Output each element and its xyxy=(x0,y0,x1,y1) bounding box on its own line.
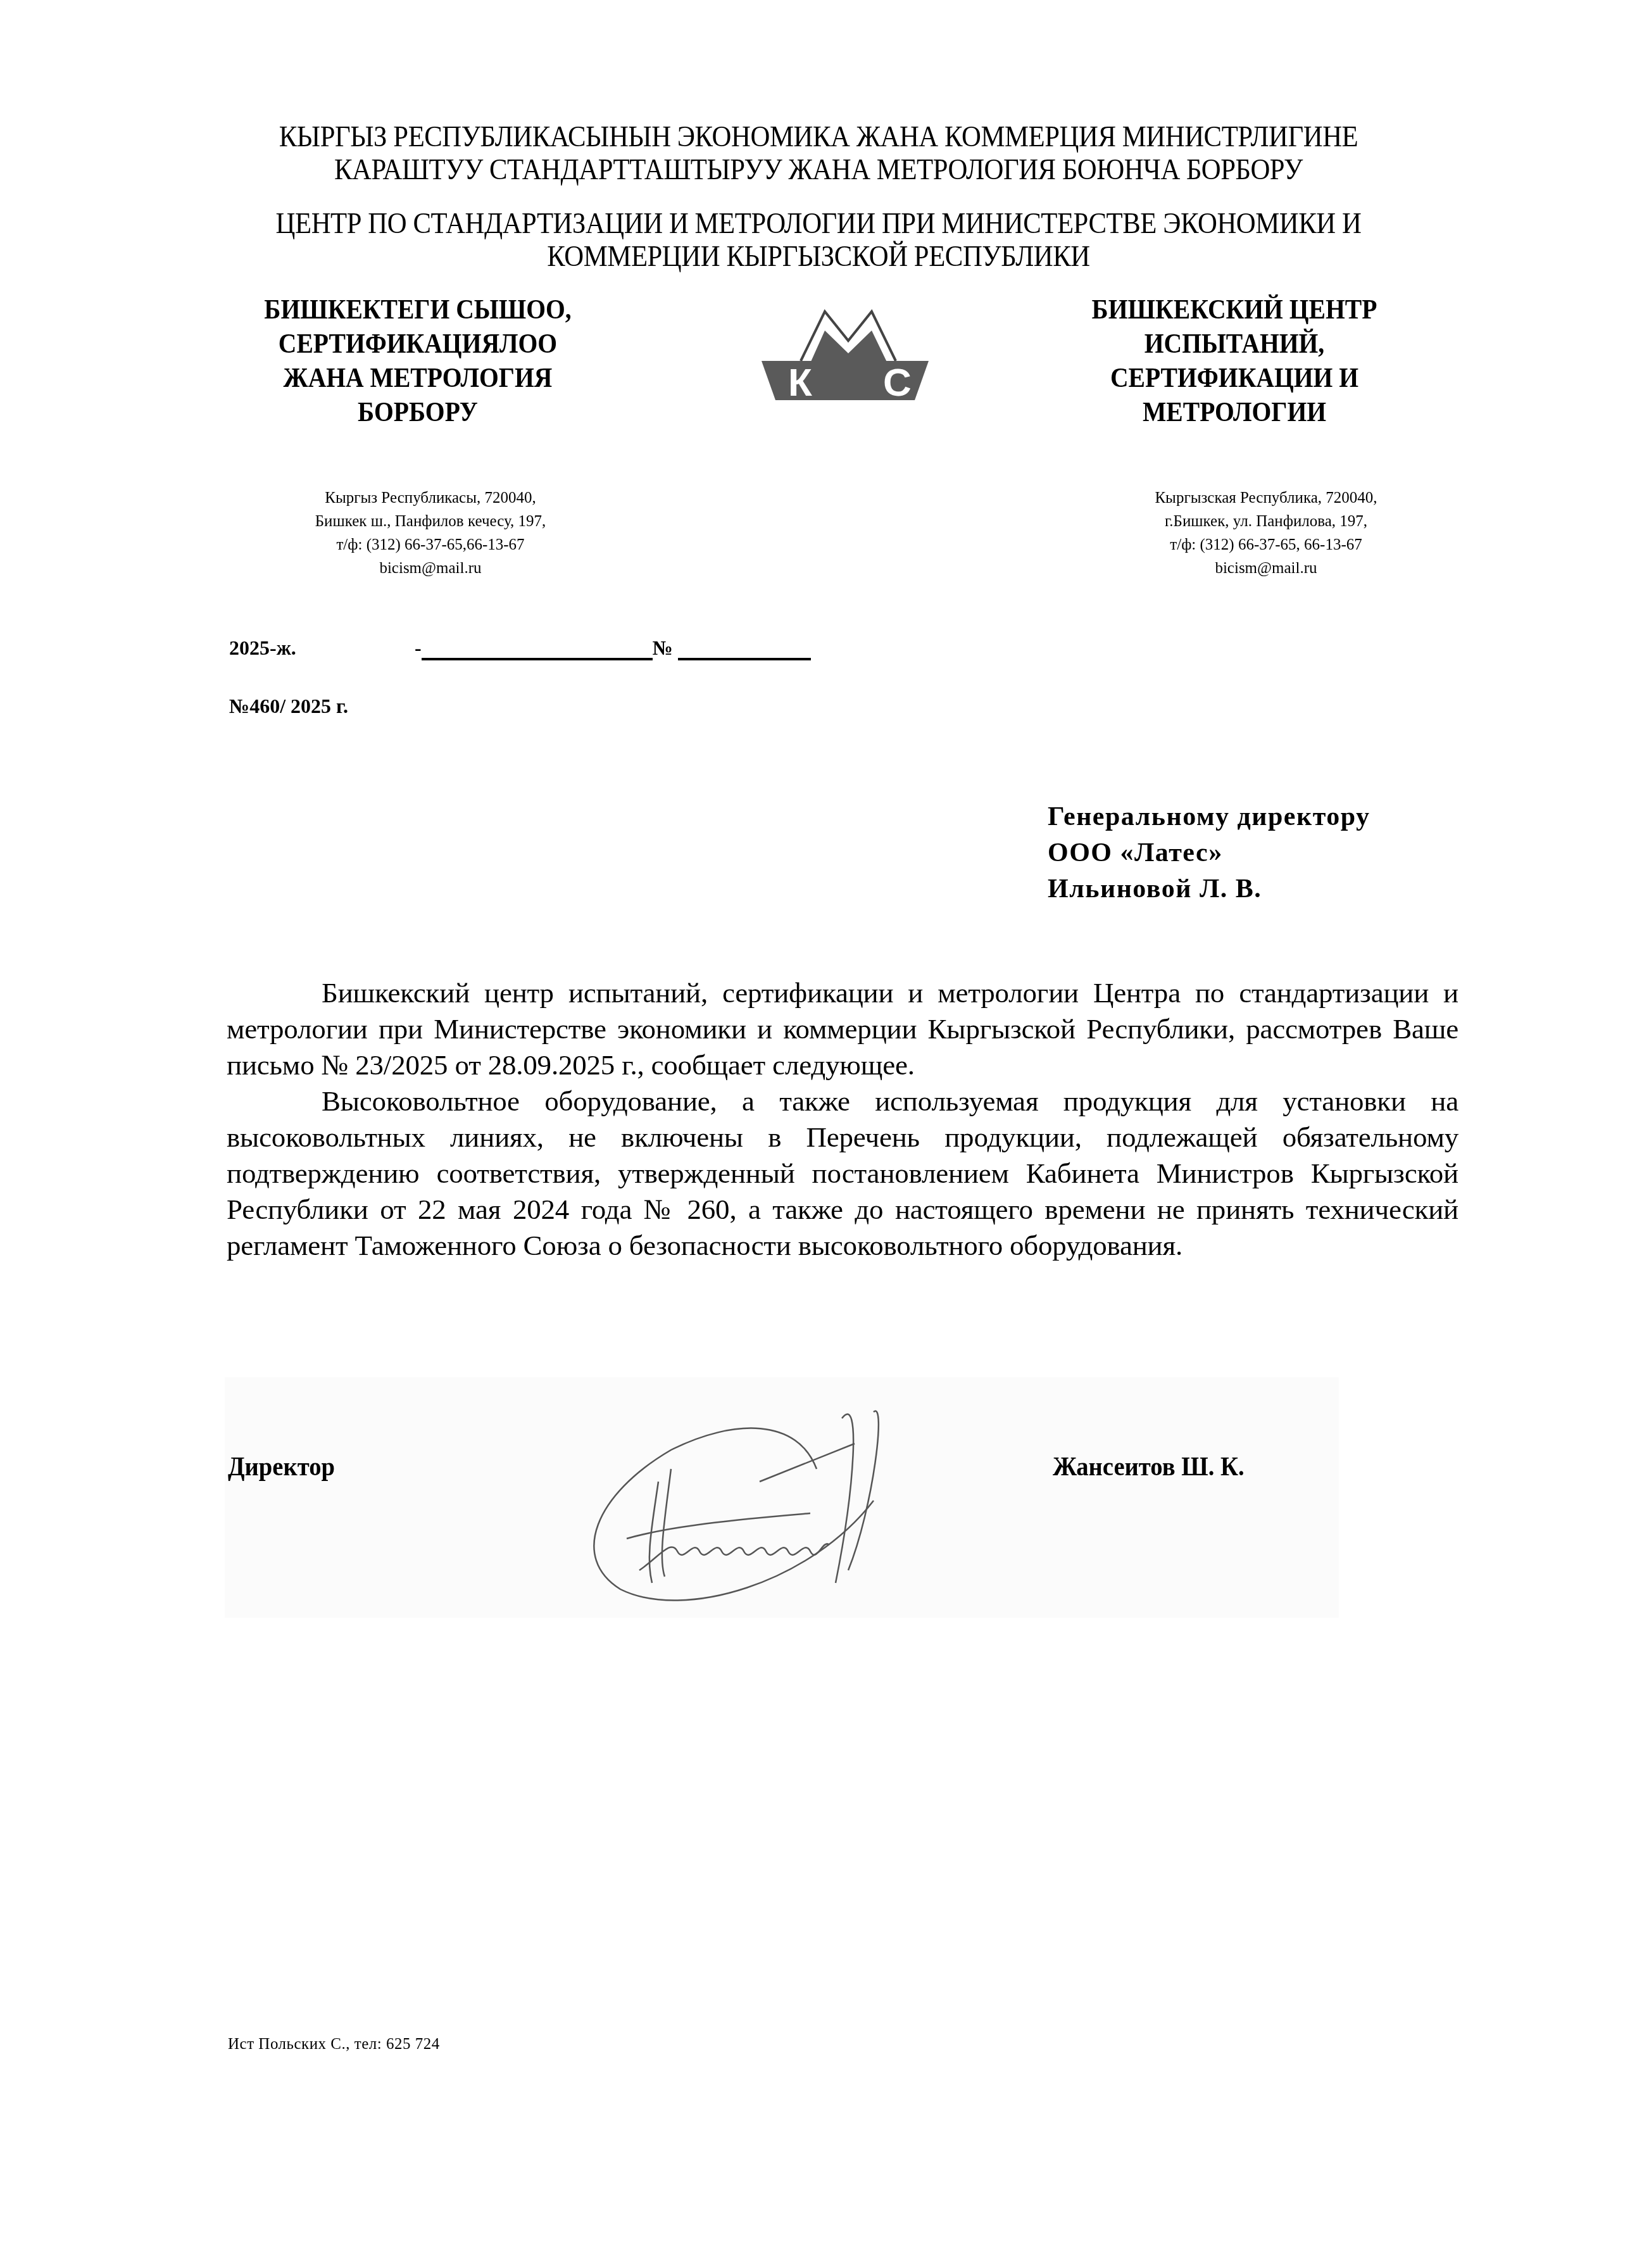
left-org-line: БОРБОРУ xyxy=(258,395,577,429)
outgoing-number: №460/ 2025 г. xyxy=(229,693,348,719)
kyrgyz-ministry-line-2: КАРАШТУУ СТАНДАРТТАШТЫРУУ ЖАНА МЕТРОЛОГИ… xyxy=(58,152,1580,187)
left-org-name: БИШКЕКТЕГИ СЫШОО, СЕРТИФИКАЦИЯЛОО ЖАНА М… xyxy=(258,293,577,429)
signatory-name: Жансеитов Ш. К. xyxy=(1053,1452,1245,1482)
address-line: Кыргыз Республикасы, 720040, xyxy=(241,486,620,510)
right-org-name: БИШКЕКСКИЙ ЦЕНТР ИСПЫТАНИЙ, СЕРТИФИКАЦИИ… xyxy=(1075,293,1394,429)
svg-text:С: С xyxy=(883,361,912,405)
email-link[interactable]: bicism@mail.ru xyxy=(241,557,620,580)
svg-text:К: К xyxy=(788,361,812,405)
address-line: т/ф: (312) 66-37-65, 66-13-67 xyxy=(1089,533,1443,557)
date-blank-line xyxy=(422,639,653,660)
executor-note: Ист Польских С., тел: 625 724 xyxy=(228,2036,440,2053)
body-paragraph-2: Высоковольтное оборудование, а также исп… xyxy=(227,1083,1458,1264)
mountains-km-logo-icon: К С xyxy=(756,298,934,405)
right-org-line: МЕТРОЛОГИИ xyxy=(1075,395,1394,429)
right-address: Кыргызская Республика, 720040, г.Бишкек,… xyxy=(1089,486,1443,580)
recipient-line: ООО «Латес» xyxy=(1048,835,1370,871)
address-line: г.Бишкек, ул. Панфилова, 197, xyxy=(1089,510,1443,533)
right-org-line: БИШКЕКСКИЙ ЦЕНТР xyxy=(1075,293,1394,327)
body-paragraph-1: Бишкекский центр испытаний, сертификации… xyxy=(227,975,1458,1083)
date-dash: - xyxy=(415,636,422,659)
kyrgyz-ministry-line-1: КЫРГЫЗ РЕСПУБЛИКАСЫНЫН ЭКОНОМИКА ЖАНА КО… xyxy=(58,119,1580,154)
recipient-line: Ильиновой Л. В. xyxy=(1048,871,1370,907)
address-line: т/ф: (312) 66-37-65,66-13-67 xyxy=(241,533,620,557)
registration-date-field: -№ xyxy=(415,635,811,660)
left-address: Кыргыз Республикасы, 720040, Бишкек ш., … xyxy=(241,486,620,580)
number-blank-line xyxy=(678,639,811,660)
address-line: Кыргызская Республика, 720040, xyxy=(1089,486,1443,510)
recipient-line: Генеральному директору xyxy=(1048,799,1370,835)
handwritten-signature-icon xyxy=(544,1393,1025,1621)
left-org-line: БИШКЕКТЕГИ СЫШОО, xyxy=(258,293,577,327)
email-link[interactable]: bicism@mail.ru xyxy=(1089,557,1443,580)
left-org-line: ЖАНА МЕТРОЛОГИЯ xyxy=(258,361,577,395)
signatory-role: Директор xyxy=(228,1452,335,1482)
registration-year: 2025-ж. xyxy=(229,635,296,660)
right-org-line: ИСПЫТАНИЙ, xyxy=(1075,327,1394,361)
left-org-line: СЕРТИФИКАЦИЯЛОО xyxy=(258,327,577,361)
number-sign: № xyxy=(653,636,673,659)
russian-ministry-line-2: КОММЕРЦИИ КЫРГЫЗСКОЙ РЕСПУБЛИКИ xyxy=(58,239,1580,274)
recipient-block: Генеральному директору ООО «Латес» Ильин… xyxy=(1048,799,1370,907)
address-line: Бишкек ш., Панфилов кечесу, 197, xyxy=(241,510,620,533)
russian-ministry-line-1: ЦЕНТР ПО СТАНДАРТИЗАЦИИ И МЕТРОЛОГИИ ПРИ… xyxy=(58,206,1580,241)
right-org-line: СЕРТИФИКАЦИИ И xyxy=(1075,361,1394,395)
letter-body: Бишкекский центр испытаний, сертификации… xyxy=(227,975,1458,1264)
